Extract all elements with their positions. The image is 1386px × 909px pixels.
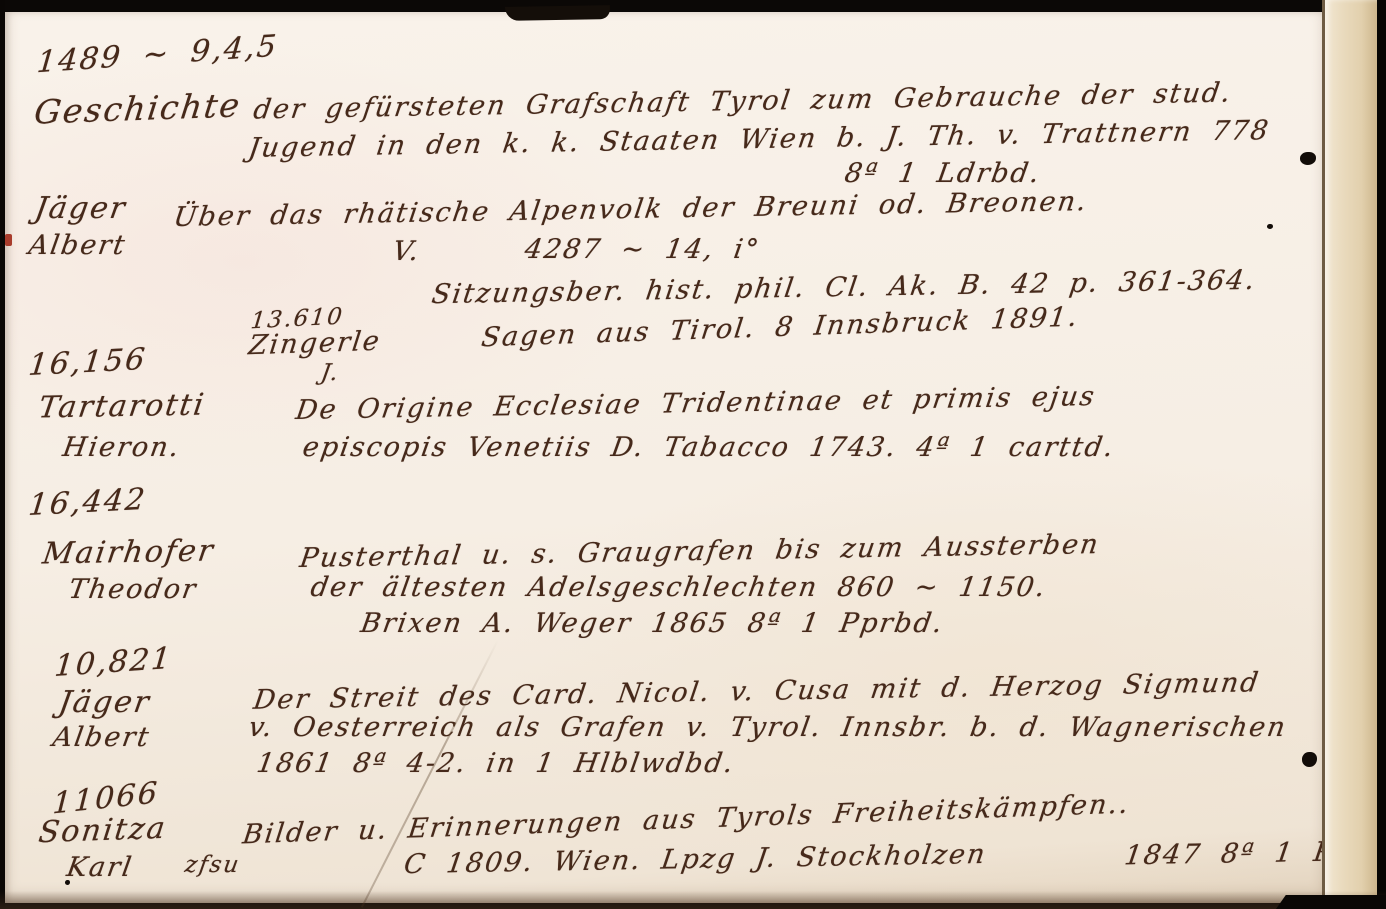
entry-1-line-1: der gefürsteten Grafschaft Tyrol zum Geb… (252, 79, 1234, 123)
photo-background-left (0, 0, 5, 909)
entry-5-line-2: v. Oesterreich als Grafen v. Tyrol. Inns… (247, 714, 1289, 741)
ink-speck (65, 880, 70, 885)
entry-1-line-2: Jugend in den k. k. Staaten Wien b. J. T… (247, 117, 1272, 162)
page-stack-edge (1322, 0, 1377, 909)
entry-6-margin-note: zfsu (183, 854, 242, 877)
entry-3-line-1: De Origine Ecclesiae Tridentinae et prim… (294, 383, 1098, 424)
entry-6-line-1: Bilder u. Erinnerungen aus Tyrols Freihe… (241, 791, 1131, 849)
entry-2-sub-text: Sagen aus Tirol. 8 Innsbruck 1891. (480, 304, 1081, 352)
photo-background-right (1377, 0, 1386, 909)
entry-1-collation: 8ª 1 Ldrbd. (843, 160, 1043, 187)
entry-2-sub-author-initial: J. (319, 362, 341, 385)
entry-2-sub-author: Zingerle (247, 328, 383, 360)
entry-2-ref-value: 4287 ~ 14, i° (523, 236, 762, 263)
entry-6-author-surname: Sonitza (37, 814, 169, 848)
ink-speck (1267, 224, 1273, 229)
ink-blot (1300, 152, 1316, 165)
entry-4-imprint: Brixen A. Weger 1865 8ª 1 Pprbd. (359, 610, 946, 637)
entry-5-shelfmark: 10,821 (53, 644, 174, 682)
manuscript-photo: { "document": { "kind": "Handwritten lib… (0, 0, 1386, 909)
entry-3-author-forename: Hieron. (61, 434, 183, 461)
entry-4-line-2: der ältesten Adelsgeschlechten 860 ~ 115… (309, 574, 1049, 601)
red-ink-mark (5, 234, 12, 246)
entry-5-author-forename: Albert (51, 724, 152, 751)
entry-2-author-surname: Jäger (33, 194, 129, 224)
entry-6-imprint: C 1809. Wien. Lpzg J. Stockholzen (402, 841, 988, 878)
entry-2-ref-label: V. (391, 238, 423, 265)
entry-4-shelfmark: 16,442 (27, 485, 148, 521)
entry-4-author-forename: Theodor (67, 576, 199, 603)
entry-3-author-surname: Tartarotti (37, 391, 208, 424)
ink-blot (1302, 752, 1317, 767)
top-edge-smudge (505, 5, 610, 21)
entry-4-author-surname: Mairhofer (41, 537, 217, 570)
entry-5-author-surname: Jäger (57, 688, 153, 718)
entry-2-author-forename: Albert (27, 232, 128, 259)
entry-3-line-2: episcopis Venetiis D. Tabacco 1743. 4ª 1… (301, 434, 1117, 461)
entry-3-shelfmark: 16,156 (27, 345, 148, 381)
entry-2-reference: Sitzungsber. hist. phil. Cl. Ak. B. 42 p… (430, 267, 1258, 308)
bottom-edge-shadow (0, 891, 1386, 909)
entry-6-author-forename: Karl (65, 854, 135, 881)
entry-1-heading: Geschichte (32, 88, 243, 128)
bottom-right-corner (1276, 895, 1386, 909)
manuscript-page: 1489 ~ 9,4,5 Geschichte der gefürsteten … (5, 12, 1325, 903)
entry-2-line-1: Über das rhätische Alpenvolk der Breuni … (172, 188, 1090, 231)
entry-1-shelfmark: 1489 ~ 9,4,5 (36, 32, 280, 79)
entry-5-collation: 1861 8ª 4-2. in 1 Hlblwdbd. (255, 750, 737, 777)
entry-5-line-1: Der Streit des Card. Nicol. v. Cusa mit … (252, 669, 1262, 714)
entry-4-line-1: Pusterthal u. s. Graugrafen bis zum Auss… (298, 531, 1102, 572)
